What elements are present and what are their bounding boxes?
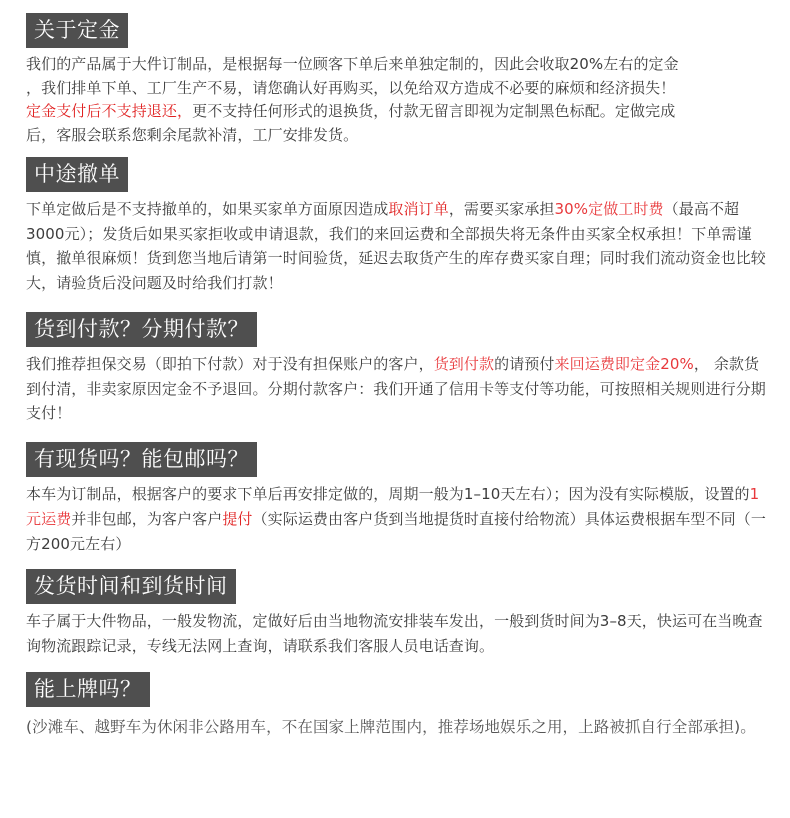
- section-title: 有现货吗？能包邮吗？: [26, 442, 257, 477]
- section-stock-shipping: 有现货吗？能包邮吗？ 本车为订制品，根据客户的要求下单后再安排定做的，周期一般为…: [26, 442, 766, 557]
- section-body: (沙滩车、越野车为休闲非公路用车，不在国家上牌范围内，推荐场地娱乐之用，上路被抓…: [26, 712, 766, 742]
- section-title: 关于定金: [26, 13, 128, 48]
- section-delivery-time: 发货时间和到货时间 车子属于大件物品，一般发物流，定做好后由当地物流安排装车发出…: [26, 569, 766, 659]
- section-body: 本车为订制品，根据客户的要求下单后再安排定做的，周期一般为1–10天左右）；因为…: [26, 482, 766, 557]
- section-payment: 货到付款？分期付款？ 我们推荐担保交易（即拍下付款）对于没有担保账户的客户，货到…: [26, 312, 766, 426]
- highlight-text: 30%定做工时费: [555, 200, 664, 218]
- section-title: 货到付款？分期付款？: [26, 312, 257, 347]
- highlight-text: 来回运费即定金20%: [555, 355, 694, 373]
- section-cancel-order: 中途撤单 下单定做后是不支持撤单的，如果买家单方面原因造成取消订单，需要买家承担…: [26, 157, 766, 295]
- section-title: 能上牌吗？: [26, 672, 150, 707]
- highlight-text: 取消订单: [388, 200, 448, 218]
- section-body: 下单定做后是不支持撤单的，如果买家单方面原因造成取消订单，需要买家承担30%定做…: [26, 197, 766, 295]
- section-deposit: 关于定金 我们的产品属于大件订制品，是根据每一位顾客下单后来单独定制的，因此会收…: [26, 13, 766, 147]
- section-registration: 能上牌吗？ (沙滩车、越野车为休闲非公路用车，不在国家上牌范围内，推荐场地娱乐之…: [26, 672, 766, 742]
- section-body: 我们推荐担保交易（即拍下付款）对于没有担保账户的客户，货到付款的请预付来回运费即…: [26, 352, 766, 426]
- section-title: 发货时间和到货时间: [26, 569, 236, 604]
- highlight-text: 提付: [222, 510, 252, 528]
- section-body: 我们的产品属于大件订制品，是根据每一位顾客下单后来单独定制的，因此会收取20%左…: [26, 53, 766, 147]
- section-body: 车子属于大件物品，一般发物流，定做好后由当地物流安排装车发出，一般到货时间为3–…: [26, 609, 766, 659]
- highlight-text: 定金支付后不支持退还，: [26, 102, 192, 120]
- highlight-text: 货到付款: [434, 355, 494, 373]
- section-title: 中途撤单: [26, 157, 128, 192]
